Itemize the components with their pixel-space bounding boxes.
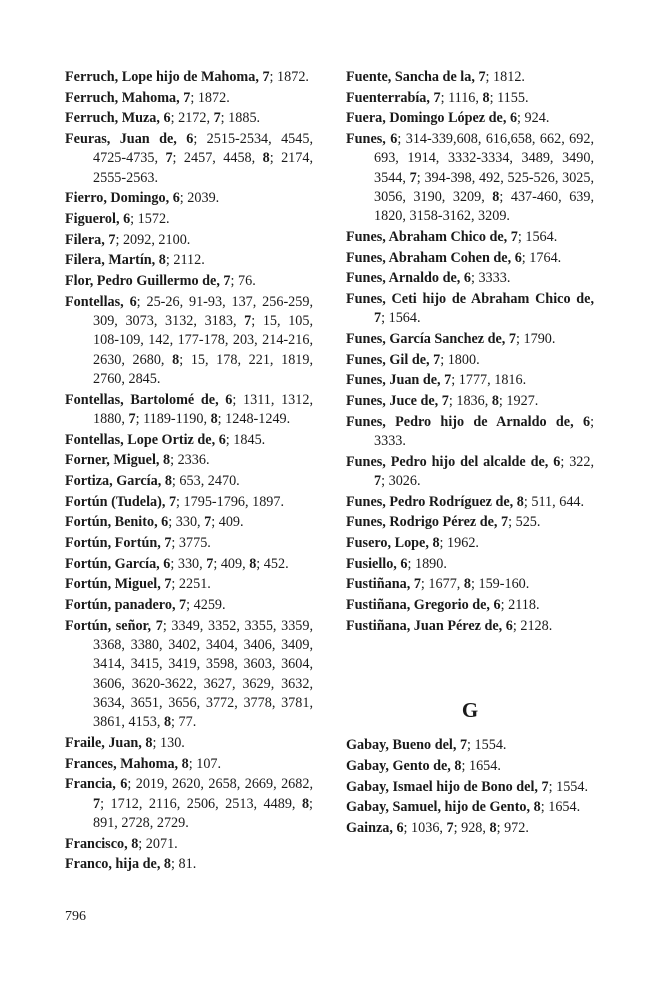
index-entry: Fuera, Domingo López de, 6; 924. bbox=[346, 109, 594, 128]
index-entries-f: Fuente, Sancha de la, 7; 1812.Fuenterrab… bbox=[346, 68, 594, 636]
entry-headword: Fuera, Domingo López de, bbox=[346, 110, 506, 126]
page-references: 1554. bbox=[475, 737, 507, 753]
entry-headword: Fontellas, Bartolomé de, bbox=[65, 392, 219, 408]
volume-number: 7 bbox=[447, 820, 454, 836]
page-references: 130. bbox=[160, 735, 185, 751]
volume-number: 6 bbox=[161, 514, 168, 530]
page-references: 1712, 2116, 2506, 2513, 4489, bbox=[111, 796, 296, 812]
page-references: 77. bbox=[179, 714, 197, 730]
page-references: 2172, bbox=[178, 110, 210, 126]
volume-number: 6 bbox=[553, 454, 560, 470]
entry-headword: Fontellas, bbox=[65, 294, 124, 310]
page-references: 81. bbox=[179, 856, 197, 872]
page-references: 409, bbox=[221, 556, 246, 572]
page-references: 1812. bbox=[493, 69, 525, 85]
index-entry: Francia, 6; 2019, 2620, 2658, 2669, 2682… bbox=[65, 775, 313, 833]
entry-headword: Fortún, Benito, bbox=[65, 514, 158, 530]
volume-number: 8 bbox=[454, 758, 461, 774]
entry-headword: Forner, Miguel, bbox=[65, 452, 159, 468]
entry-headword: Funes, Juce de, bbox=[346, 393, 438, 409]
page-references: 3333. bbox=[478, 270, 510, 286]
index-entry: Filera, 7; 2092, 2100. bbox=[65, 231, 313, 250]
page-references: 1800. bbox=[448, 352, 480, 368]
entry-headword: Gainza, bbox=[346, 820, 393, 836]
volume-number: 7 bbox=[460, 737, 467, 753]
index-entry: Fontellas, 6; 25-26, 91-93, 137, 256-259… bbox=[65, 293, 313, 389]
page-references: 1572. bbox=[138, 211, 170, 227]
page-number: 796 bbox=[65, 909, 86, 925]
entry-headword: Francisco, bbox=[65, 836, 128, 852]
volume-number: 7 bbox=[509, 331, 516, 347]
volume-number: 8 bbox=[159, 252, 166, 268]
volume-number: 6 bbox=[130, 294, 137, 310]
index-entry: Fortún, Fortún, 7; 3775. bbox=[65, 534, 313, 553]
entry-headword: Fierro, Domingo, bbox=[65, 190, 169, 206]
page-references: 2112. bbox=[173, 252, 204, 268]
volume-number: 6 bbox=[400, 556, 407, 572]
index-entry: Franco, hija de, 8; 81. bbox=[65, 855, 313, 874]
entry-headword: Gabay, Gento de, bbox=[346, 758, 451, 774]
entry-headword: Fortún, García, bbox=[65, 556, 160, 572]
index-entry: Gabay, Gento de, 8; 1654. bbox=[346, 757, 594, 776]
page-references: 1564. bbox=[525, 229, 557, 245]
page-references: 1564. bbox=[389, 310, 421, 326]
volume-number: 7 bbox=[262, 69, 269, 85]
index-entry: Funes, Arnaldo de, 6; 3333. bbox=[346, 269, 594, 288]
index-entry: Funes, 6; 314-339,608, 616,658, 662, 692… bbox=[346, 130, 594, 226]
index-column-right: Fuente, Sancha de la, 7; 1812.Fuenterrab… bbox=[346, 68, 594, 840]
volume-number: 7 bbox=[244, 313, 251, 329]
volume-number: 6 bbox=[120, 776, 127, 792]
entry-headword: Funes, Juan de, bbox=[346, 372, 441, 388]
volume-number: 7 bbox=[165, 150, 172, 166]
index-entry: Fraile, Juan, 8; 130. bbox=[65, 734, 313, 753]
index-entry: Filera, Martín, 8; 2112. bbox=[65, 251, 313, 270]
entry-headword: Franco, hija de, bbox=[65, 856, 160, 872]
page-references: 3026. bbox=[389, 473, 421, 489]
page-references: 409. bbox=[219, 514, 244, 530]
entry-headword: Funes, Gil de, bbox=[346, 352, 430, 368]
entry-headword: Flor, Pedro Guillermo de, bbox=[65, 273, 220, 289]
volume-number: 8 bbox=[249, 556, 256, 572]
page-references: 3349, 3352, 3355, 3359, 3368, 3380, 3402… bbox=[93, 618, 313, 730]
page-references: 2118. bbox=[508, 597, 539, 613]
page-references: 159-160. bbox=[478, 576, 529, 592]
index-entry: Gabay, Samuel, hijo de Gento, 8; 1654. bbox=[346, 798, 594, 817]
volume-number: 6 bbox=[164, 110, 171, 126]
index-entry: Ferruch, Muza, 6; 2172, 7; 1885. bbox=[65, 109, 313, 128]
index-entry: Gainza, 6; 1036, 7; 928, 8; 972. bbox=[346, 819, 594, 838]
entry-headword: Fustiñana, Juan Pérez de, bbox=[346, 618, 502, 634]
volume-number: 6 bbox=[583, 414, 590, 430]
page-references: 3775. bbox=[179, 535, 211, 551]
entry-headword: Fortún, señor, bbox=[65, 618, 151, 634]
entry-headword: Fustiñana, bbox=[346, 576, 410, 592]
page-references: 76. bbox=[238, 273, 256, 289]
entry-headword: Fontellas, Lope Ortiz de, bbox=[65, 432, 215, 448]
volume-number: 7 bbox=[501, 514, 508, 530]
volume-number: 8 bbox=[432, 535, 439, 551]
index-entry: Fortún, Benito, 6; 330, 7; 409. bbox=[65, 513, 313, 532]
page-references: 2128. bbox=[520, 618, 552, 634]
section-letter-heading: G bbox=[346, 698, 594, 722]
page-references: 1927. bbox=[506, 393, 538, 409]
entry-headword: Funes, García Sanchez de, bbox=[346, 331, 505, 347]
volume-number: 6 bbox=[396, 820, 403, 836]
page-references: 107. bbox=[196, 756, 221, 772]
index-entry: Figuerol, 6; 1572. bbox=[65, 210, 313, 229]
page-references: 1795-1796, 1897. bbox=[184, 494, 285, 510]
index-entry: Fusero, Lope, 8; 1962. bbox=[346, 534, 594, 553]
page-references: 2336. bbox=[178, 452, 210, 468]
volume-number: 8 bbox=[263, 150, 270, 166]
volume-number: 7 bbox=[511, 229, 518, 245]
entry-headword: Fortún, Fortún, bbox=[65, 535, 161, 551]
index-entry: Funes, Abraham Chico de, 7; 1564. bbox=[346, 228, 594, 247]
page-references: 653, 2470. bbox=[179, 473, 239, 489]
index-entry: Funes, Abraham Cohen de, 6; 1764. bbox=[346, 249, 594, 268]
page-references: 1872. bbox=[277, 69, 309, 85]
entry-headword: Gabay, Bueno del, bbox=[346, 737, 456, 753]
index-entry: Fustiñana, Juan Pérez de, 6; 2128. bbox=[346, 617, 594, 636]
index-entry: Fuenterrabía, 7; 1116, 8; 1155. bbox=[346, 89, 594, 108]
index-entry: Fustiñana, Gregorio de, 6; 2118. bbox=[346, 596, 594, 615]
entry-headword: Funes, Pedro Rodríguez de, bbox=[346, 494, 513, 510]
entry-headword: Fusiello, bbox=[346, 556, 397, 572]
page-references: 322, bbox=[569, 454, 594, 470]
volume-number: 8 bbox=[492, 393, 499, 409]
page-references: 3333. bbox=[374, 433, 406, 449]
volume-number: 8 bbox=[534, 799, 541, 815]
volume-number: 7 bbox=[169, 494, 176, 510]
volume-number: 8 bbox=[145, 735, 152, 751]
entry-headword: Ferruch, Mahoma, bbox=[65, 90, 180, 106]
page-references: 1654. bbox=[469, 758, 501, 774]
entry-headword: Funes, Pedro hijo del alcalde de, bbox=[346, 454, 548, 470]
index-entry: Funes, Juan de, 7; 1777, 1816. bbox=[346, 371, 594, 390]
index-entry: Fusiello, 6; 1890. bbox=[346, 555, 594, 574]
page-references: 2039. bbox=[187, 190, 219, 206]
page-references: 1677, bbox=[428, 576, 460, 592]
volume-number: 7 bbox=[444, 372, 451, 388]
volume-number: 6 bbox=[464, 270, 471, 286]
entry-headword: Funes, Rodrigo Pérez de, bbox=[346, 514, 497, 530]
volume-number: 8 bbox=[517, 494, 524, 510]
volume-number: 6 bbox=[510, 110, 517, 126]
entry-headword: Filera, bbox=[65, 232, 105, 248]
volume-number: 7 bbox=[179, 597, 186, 613]
volume-number: 7 bbox=[374, 310, 381, 326]
page-references: 1764. bbox=[529, 250, 561, 266]
index-column-left: Ferruch, Lope hijo de Mahoma, 7; 1872.Fe… bbox=[65, 68, 313, 876]
volume-number: 7 bbox=[156, 618, 163, 634]
entry-headword: Frances, Mahoma, bbox=[65, 756, 178, 772]
index-entry: Feuras, Juan de, 6; 2515-2534, 4545, 472… bbox=[65, 130, 313, 188]
index-entry: Funes, Pedro Rodríguez de, 8; 511, 644. bbox=[346, 493, 594, 512]
page-references: 1777, 1816. bbox=[459, 372, 526, 388]
index-entry: Fontellas, Lope Ortiz de, 6; 1845. bbox=[65, 431, 313, 450]
entry-headword: Feuras, Juan de, bbox=[65, 131, 177, 147]
volume-number: 8 bbox=[211, 411, 218, 427]
volume-number: 8 bbox=[302, 796, 309, 812]
volume-number: 7 bbox=[478, 69, 485, 85]
volume-number: 7 bbox=[442, 393, 449, 409]
volume-number: 6 bbox=[173, 190, 180, 206]
page-references: 2251. bbox=[179, 576, 211, 592]
index-entry: Fontellas, Bartolomé de, 6; 1311, 1312, … bbox=[65, 391, 313, 430]
page-references: 2019, 2620, 2658, 2669, 2682, bbox=[136, 776, 313, 792]
page-references: 2071. bbox=[146, 836, 178, 852]
entry-headword: Fuenterrabía, bbox=[346, 90, 430, 106]
page-references: 1885. bbox=[228, 110, 260, 126]
volume-number: 6 bbox=[506, 618, 513, 634]
entry-headword: Fuente, Sancha de la, bbox=[346, 69, 475, 85]
entry-headword: Fustiñana, Gregorio de, bbox=[346, 597, 490, 613]
volume-number: 8 bbox=[464, 576, 471, 592]
entry-headword: Funes, bbox=[346, 131, 386, 147]
volume-number: 8 bbox=[163, 452, 170, 468]
index-entry: Forner, Miguel, 8; 2336. bbox=[65, 451, 313, 470]
index-entry: Frances, Mahoma, 8; 107. bbox=[65, 755, 313, 774]
entry-headword: Filera, Martín, bbox=[65, 252, 155, 268]
volume-number: 7 bbox=[214, 110, 221, 126]
volume-number: 7 bbox=[128, 411, 135, 427]
entry-headword: Ferruch, Lope hijo de Mahoma, bbox=[65, 69, 259, 85]
volume-number: 6 bbox=[163, 556, 170, 572]
volume-number: 7 bbox=[414, 576, 421, 592]
page-references: 1890. bbox=[415, 556, 447, 572]
index-entry: Francisco, 8; 2071. bbox=[65, 835, 313, 854]
page-references: 1654. bbox=[548, 799, 580, 815]
index-entry: Funes, Pedro hijo de Arnaldo de, 6; 3333… bbox=[346, 413, 594, 452]
entry-headword: Funes, Abraham Cohen de, bbox=[346, 250, 511, 266]
volume-number: 7 bbox=[223, 273, 230, 289]
index-entry: Fortún, señor, 7; 3349, 3352, 3355, 3359… bbox=[65, 617, 313, 733]
index-entry: Funes, Gil de, 7; 1800. bbox=[346, 351, 594, 370]
volume-number: 7 bbox=[164, 535, 171, 551]
index-entry: Fortún (Tudela), 7; 1795-1796, 1897. bbox=[65, 493, 313, 512]
index-entry: Fortún, García, 6; 330, 7; 409, 8; 452. bbox=[65, 555, 313, 574]
page-references: 1036, bbox=[411, 820, 443, 836]
entry-headword: Francia, bbox=[65, 776, 116, 792]
volume-number: 7 bbox=[93, 796, 100, 812]
page-references: 924. bbox=[525, 110, 550, 126]
page-references: 972. bbox=[504, 820, 529, 836]
entry-headword: Gabay, Samuel, hijo de Gento, bbox=[346, 799, 530, 815]
volume-number: 7 bbox=[206, 556, 213, 572]
volume-number: 7 bbox=[108, 232, 115, 248]
entry-headword: Funes, Pedro hijo de Arnaldo de, bbox=[346, 414, 574, 430]
page-references: 2457, 4458, bbox=[184, 150, 255, 166]
page-references: 1790. bbox=[524, 331, 556, 347]
entry-headword: Fortún, panadero, bbox=[65, 597, 176, 613]
volume-number: 7 bbox=[433, 90, 440, 106]
page-references: 1554. bbox=[556, 779, 588, 795]
page-references: 1248-1249. bbox=[225, 411, 290, 427]
page-references: 928, bbox=[461, 820, 486, 836]
entry-headword: Gabay, Ismael hijo de Bono del, bbox=[346, 779, 538, 795]
page-references: 1836, bbox=[456, 393, 488, 409]
volume-number: 6 bbox=[219, 432, 226, 448]
entry-headword: Fraile, Juan, bbox=[65, 735, 142, 751]
index-entry: Gabay, Bueno del, 7; 1554. bbox=[346, 736, 594, 755]
volume-number: 7 bbox=[542, 779, 549, 795]
volume-number: 8 bbox=[165, 473, 172, 489]
page-references: 1116, bbox=[448, 90, 479, 106]
entry-headword: Fortiza, García, bbox=[65, 473, 161, 489]
page-references: 4259. bbox=[194, 597, 226, 613]
entry-headword: Funes, Arnaldo de, bbox=[346, 270, 460, 286]
volume-number: 8 bbox=[182, 756, 189, 772]
index-entry: Funes, Juce de, 7; 1836, 8; 1927. bbox=[346, 392, 594, 411]
entry-headword: Funes, Abraham Chico de, bbox=[346, 229, 507, 245]
volume-number: 8 bbox=[131, 836, 138, 852]
page-references: 1845. bbox=[233, 432, 265, 448]
volume-number: 8 bbox=[483, 90, 490, 106]
index-entries-g: Gabay, Bueno del, 7; 1554.Gabay, Gento d… bbox=[346, 736, 594, 838]
volume-number: 6 bbox=[515, 250, 522, 266]
entry-headword: Fortún, Miguel, bbox=[65, 576, 161, 592]
index-entry: Ferruch, Mahoma, 7; 1872. bbox=[65, 89, 313, 108]
page-references: 511, 644. bbox=[531, 494, 584, 510]
page-references: 330, bbox=[178, 556, 203, 572]
volume-number: 7 bbox=[183, 90, 190, 106]
volume-number: 8 bbox=[164, 856, 171, 872]
index-entry: Fuente, Sancha de la, 7; 1812. bbox=[346, 68, 594, 87]
index-entry: Flor, Pedro Guillermo de, 7; 76. bbox=[65, 272, 313, 291]
page-references: 1872. bbox=[198, 90, 230, 106]
page-references: 452. bbox=[264, 556, 289, 572]
volume-number: 7 bbox=[164, 576, 171, 592]
volume-number: 8 bbox=[164, 714, 171, 730]
entry-headword: Fortún (Tudela), bbox=[65, 494, 165, 510]
volume-number: 6 bbox=[123, 211, 130, 227]
index-entry: Ferruch, Lope hijo de Mahoma, 7; 1872. bbox=[65, 68, 313, 87]
entry-headword: Funes, Ceti hijo de Abraham Chico de, bbox=[346, 291, 594, 307]
page-references: 891, 2728, 2729. bbox=[93, 815, 189, 831]
volume-number: 6 bbox=[186, 131, 193, 147]
volume-number: 6 bbox=[494, 597, 501, 613]
index-entry: Fortún, panadero, 7; 4259. bbox=[65, 596, 313, 615]
page-references: 1189-1190, bbox=[143, 411, 207, 427]
volume-number: 8 bbox=[172, 352, 179, 368]
index-entry: Gabay, Ismael hijo de Bono del, 7; 1554. bbox=[346, 778, 594, 797]
index-entry: Funes, Ceti hijo de Abraham Chico de, 7;… bbox=[346, 290, 594, 329]
index-entry: Funes, Pedro hijo del alcalde de, 6; 322… bbox=[346, 453, 594, 492]
entry-headword: Ferruch, Muza, bbox=[65, 110, 160, 126]
page-references: 2092, 2100. bbox=[123, 232, 190, 248]
page-references: 1155. bbox=[497, 90, 528, 106]
index-entry: Funes, García Sanchez de, 7; 1790. bbox=[346, 330, 594, 349]
page-references: 1962. bbox=[447, 535, 479, 551]
index-entry: Fortiza, García, 8; 653, 2470. bbox=[65, 472, 313, 491]
entry-headword: Fusero, Lope, bbox=[346, 535, 429, 551]
index-entry: Fortún, Miguel, 7; 2251. bbox=[65, 575, 313, 594]
volume-number: 8 bbox=[489, 820, 496, 836]
index-entry: Fierro, Domingo, 6; 2039. bbox=[65, 189, 313, 208]
volume-number: 7 bbox=[374, 473, 381, 489]
volume-number: 8 bbox=[492, 189, 499, 205]
volume-number: 6 bbox=[225, 392, 232, 408]
page-references: 330, bbox=[176, 514, 201, 530]
volume-number: 7 bbox=[410, 170, 417, 186]
entry-headword: Figuerol, bbox=[65, 211, 120, 227]
index-entry: Funes, Rodrigo Pérez de, 7; 525. bbox=[346, 513, 594, 532]
index-entry: Fustiñana, 7; 1677, 8; 159-160. bbox=[346, 575, 594, 594]
volume-number: 7 bbox=[204, 514, 211, 530]
page-references: 525. bbox=[516, 514, 541, 530]
volume-number: 7 bbox=[433, 352, 440, 368]
volume-number: 6 bbox=[390, 131, 397, 147]
